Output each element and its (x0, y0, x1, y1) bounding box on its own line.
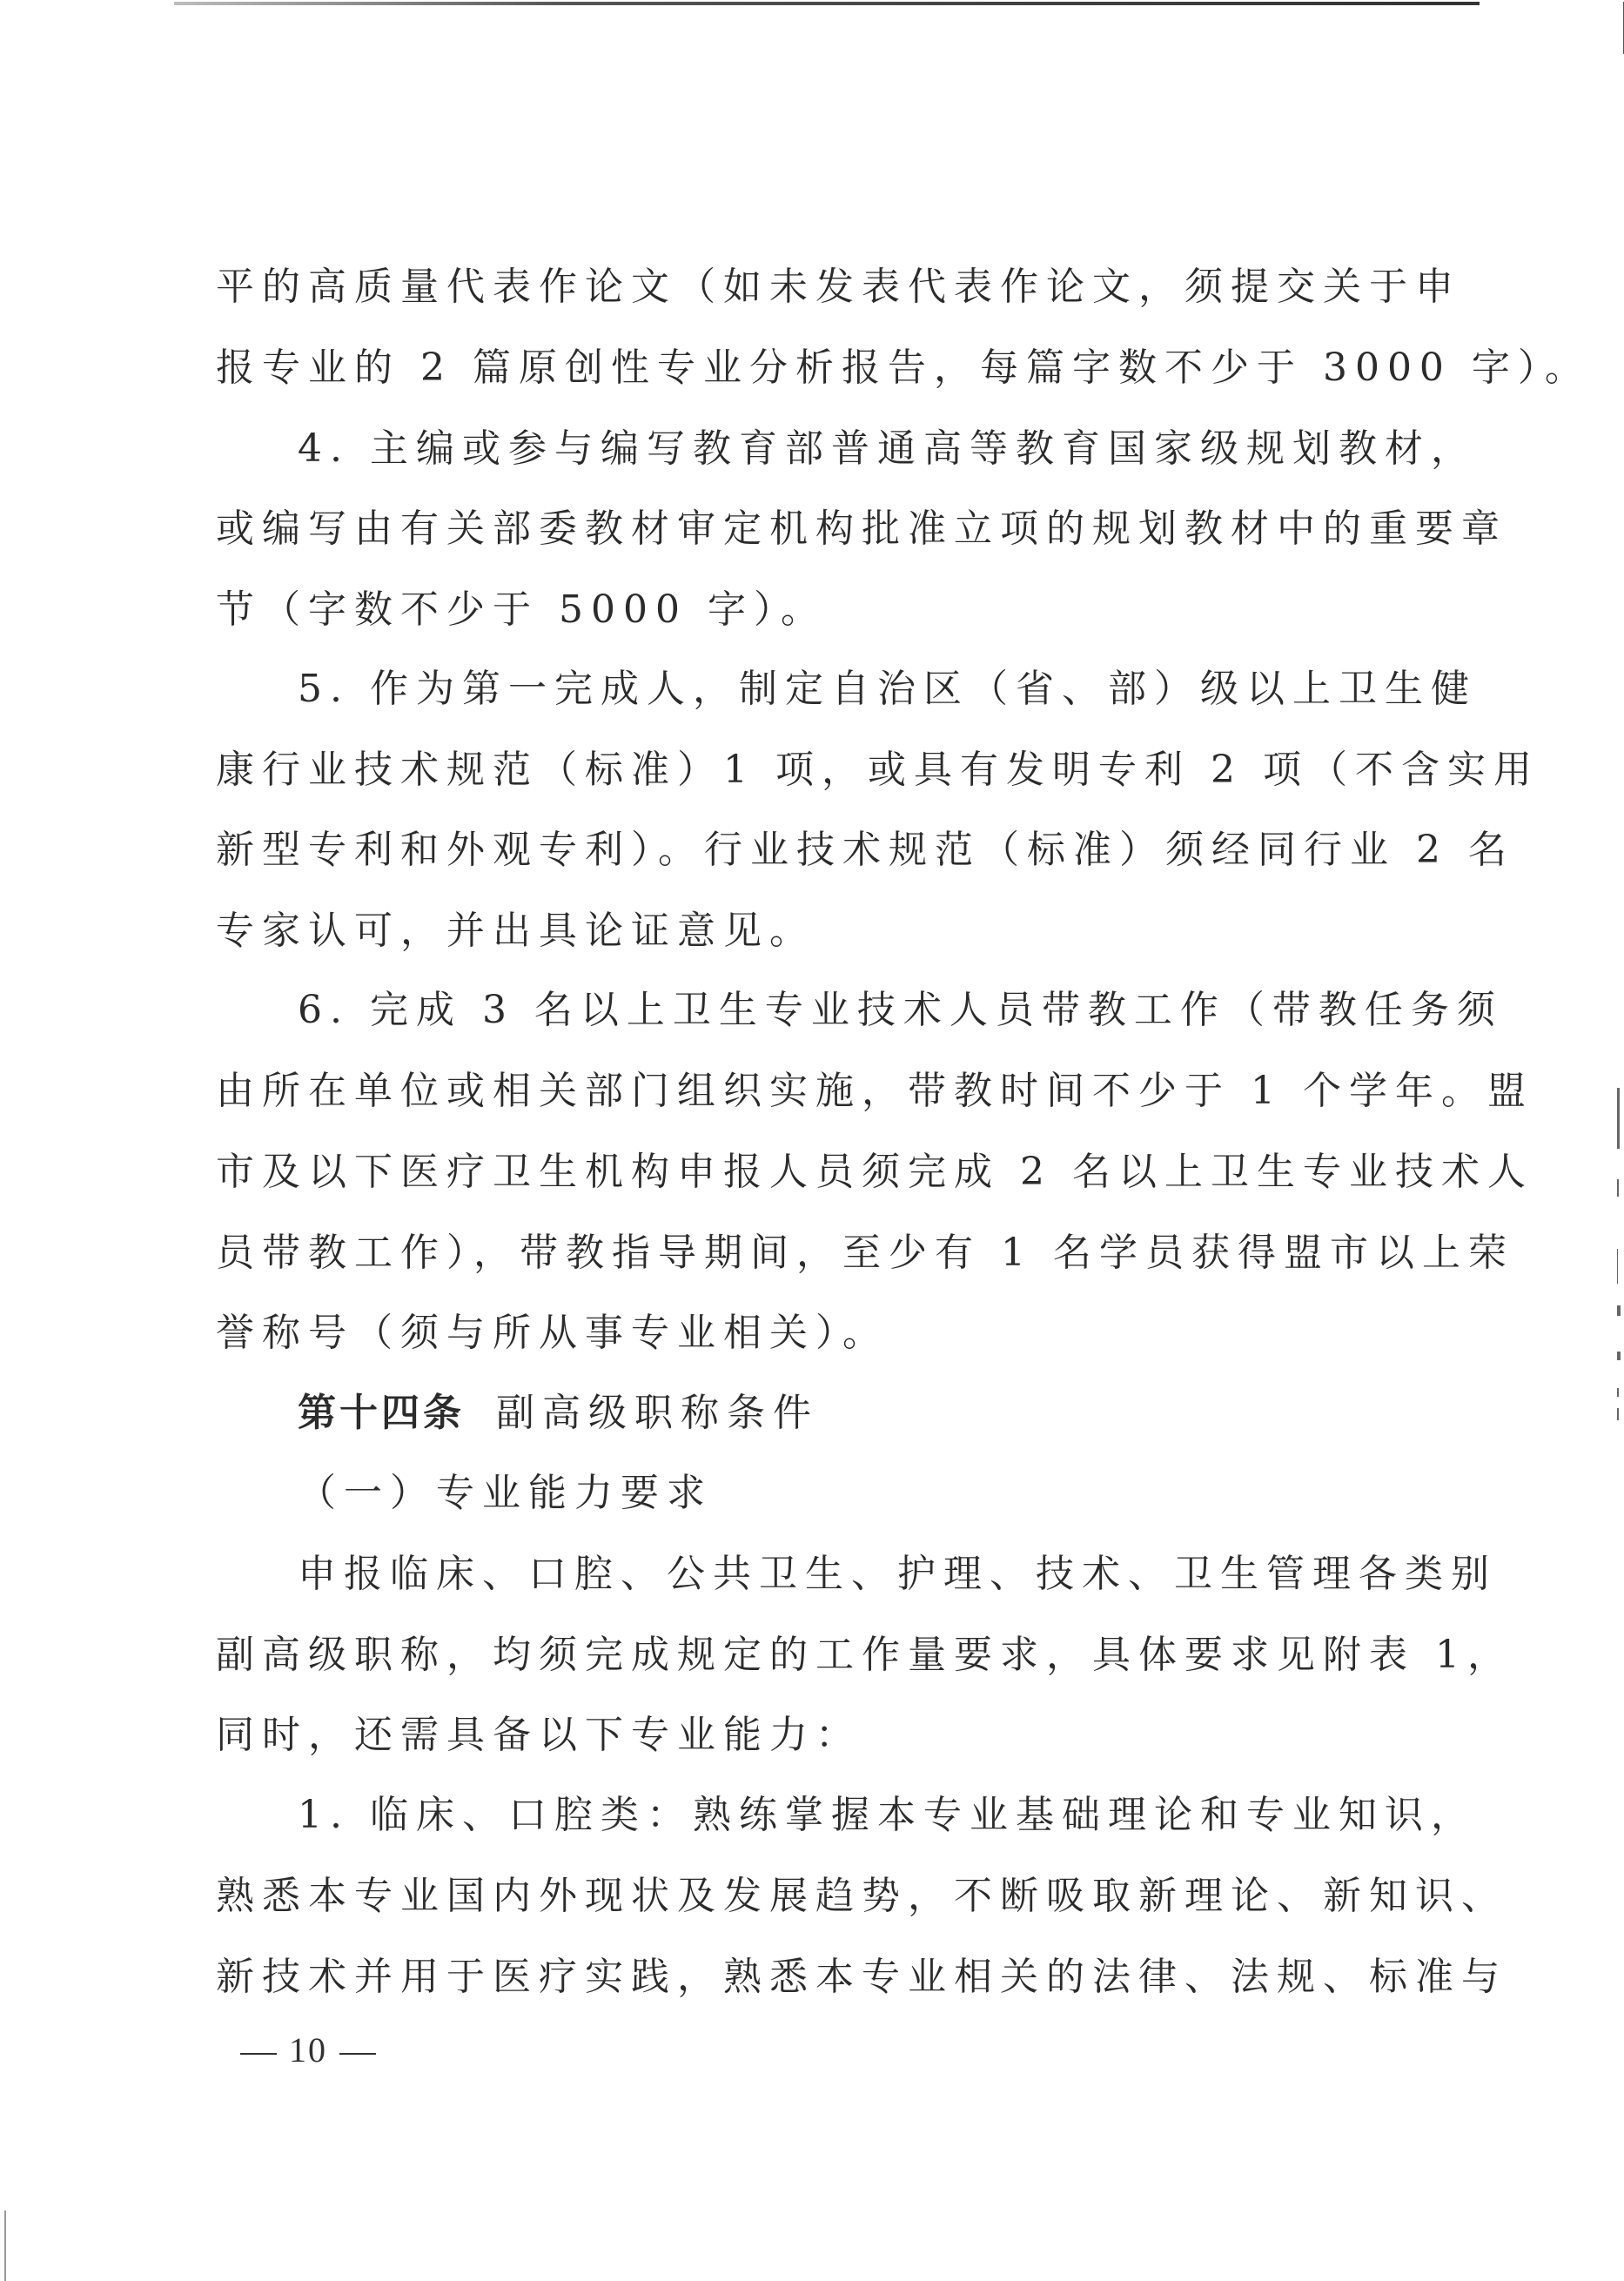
body-line: 同时，还需具备以下专业能力： (216, 1709, 1410, 1761)
body-line: 市及以下医疗卫生机构申报人员须完成 2 名以上卫生专业技术人 (216, 1146, 1410, 1198)
list-item-1: 1. 临床、口腔类：熟练掌握本专业基础理论和专业知识， (216, 1789, 1410, 1842)
scan-right-mark (1617, 1088, 1620, 1149)
dash-right (339, 2053, 376, 2055)
body-line: 新型专利和外观专利）。行业技术规范（标准）须经同行业 2 名 (216, 824, 1410, 876)
list-item-4: 4. 主编或参与编写教育部普通高等教育国家级规划教材， (216, 423, 1410, 475)
page-number-value: 10 (289, 2030, 327, 2070)
body-line: 熟悉本专业国内外现状及发展趋势，不断吸取新理论、新知识、 (216, 1870, 1410, 1922)
article-heading: 第十四条副高级职称条件 (216, 1387, 1410, 1439)
scan-right-mark (1617, 1249, 1618, 1284)
body-line: 由所在单位或相关部门组织实施，带教时间不少于 1 个学年。盟 (216, 1065, 1410, 1117)
body-line: 副高级职称，均须完成规定的工作量要求，具体要求见附表 1， (216, 1629, 1410, 1681)
scan-right-mark (1617, 1388, 1619, 1397)
list-item-5: 5. 作为第一完成人，制定自治区（省、部）级以上卫生健 (216, 663, 1410, 715)
page-number: 10 (228, 2029, 388, 2070)
article-number: 第十四条 (298, 1391, 465, 1435)
body-line: 或编写由有关部委教材审定机构批准立项的规划教材中的重要章 (216, 503, 1410, 555)
dash-left (240, 2053, 277, 2055)
body-line: 专家认可，并出具论证意见。 (216, 905, 1410, 957)
section-heading: （一）专业能力要求 (216, 1467, 1410, 1520)
body-line: 申报临床、口腔、公共卫生、护理、技术、卫生管理各类别 (216, 1548, 1410, 1600)
article-title: 副高级职称条件 (496, 1391, 819, 1435)
body-line: 节（字数不少于 5000 字）。 (216, 584, 1410, 636)
body-line: 新技术并用于医疗实践，熟悉本专业相关的法律、法规、标准与 (216, 1951, 1410, 2003)
scan-left-edge (4, 2211, 6, 2281)
scan-right-mark (1617, 1408, 1619, 1420)
body-line: 平的高质量代表作论文（如未发表代表作论文，须提交关于申 (216, 261, 1410, 313)
scan-right-mark (1617, 1179, 1619, 1197)
body-line: 康行业技术规范（标准）1 项，或具有发明专利 2 项（不含实用 (216, 744, 1410, 796)
list-item-6: 6. 完成 3 名以上卫生专业技术人员带教工作（带教任务须 (216, 984, 1410, 1037)
body-line: 报专业的 2 篇原创性专业分析报告，每篇字数不少于 3000 字）。 (216, 342, 1410, 394)
scan-top-edge (174, 2, 1480, 5)
scan-right-mark (1617, 1352, 1621, 1360)
scan-right-mark (1617, 1305, 1621, 1316)
body-line: 员带教工作），带教指导期间，至少有 1 名学员获得盟市以上荣 (216, 1227, 1410, 1279)
body-line: 誉称号（须与所从事专业相关）。 (216, 1307, 1410, 1359)
